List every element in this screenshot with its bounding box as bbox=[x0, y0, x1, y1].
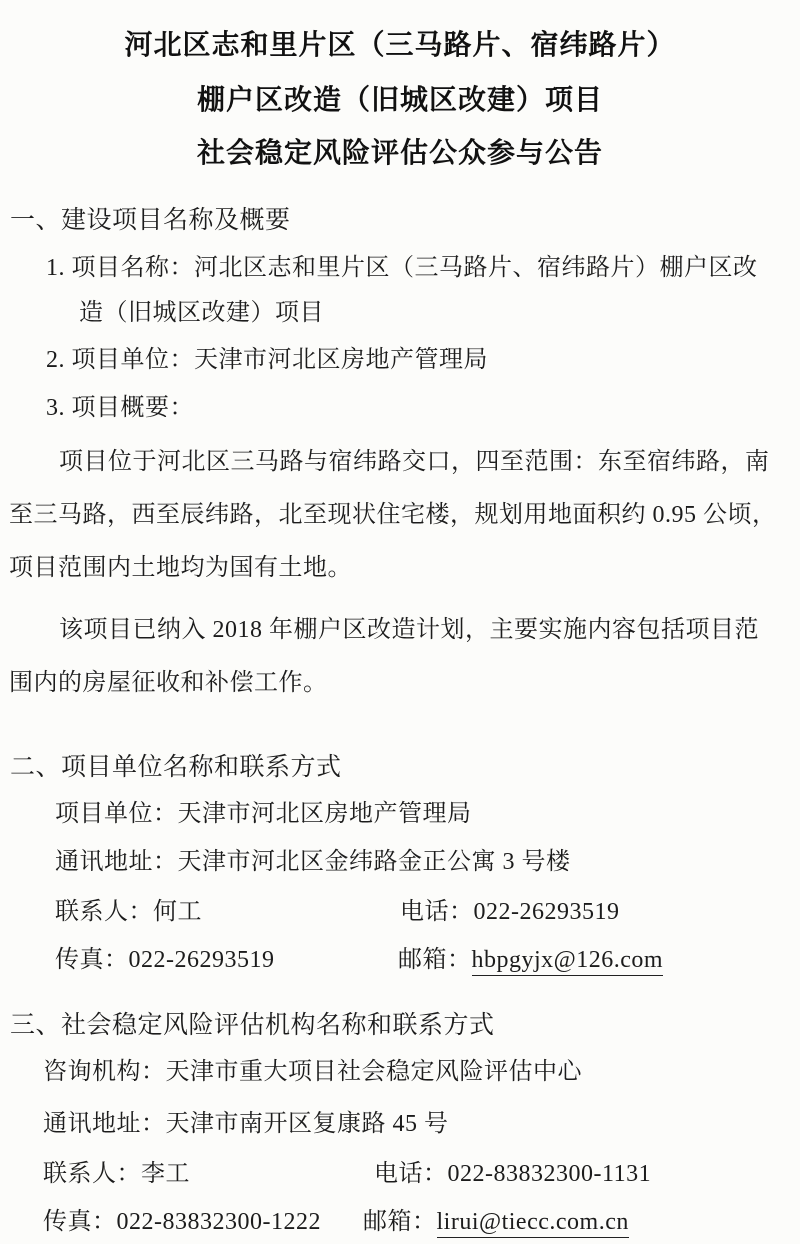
section1-item1-line-2: 造（旧城区改建）项目 bbox=[79, 298, 324, 328]
section3-fax: 传真：022-83832300-1222 bbox=[43, 1207, 321, 1237]
section2-heading: 二、项目单位名称和联系方式 bbox=[10, 752, 342, 783]
document-title-line-3: 社会稳定风险评估公众参与公告 bbox=[0, 136, 800, 171]
section1-para1-line-1: 项目位于河北区三马路与宿纬路交口，四至范围：东至宿纬路，南 bbox=[59, 447, 770, 477]
document-title-line-1: 河北区志和里片区（三马路片、宿纬路片） bbox=[0, 28, 800, 63]
section3-email-row: 邮箱：lirui@tiecc.com.cn bbox=[363, 1207, 629, 1237]
section2-fax: 传真：022-26293519 bbox=[55, 945, 275, 975]
section1-item3: 3. 项目概要： bbox=[46, 393, 194, 423]
section3-agency: 咨询机构：天津市重大项目社会稳定风险评估中心 bbox=[43, 1057, 582, 1087]
section2-email-label: 邮箱： bbox=[398, 947, 472, 973]
section3-heading: 三、社会稳定风险评估机构名称和联系方式 bbox=[10, 1010, 495, 1041]
document-page: 河北区志和里片区（三马路片、宿纬路片） 棚户区改造（旧城区改建）项目 社会稳定风… bbox=[0, 0, 800, 1244]
section1-para1-line-2: 至三马路，西至辰纬路，北至现状住宅楼，规划用地面积约 0.95 公顷， bbox=[9, 500, 777, 530]
section3-contact-person: 联系人：李工 bbox=[43, 1159, 190, 1189]
section2-address: 通讯地址：天津市河北区金纬路金正公寓 3 号楼 bbox=[55, 847, 571, 877]
section2-email-address: hbpgyjx@126.com bbox=[472, 947, 664, 976]
section1-item1-line-1: 1. 项目名称：河北区志和里片区（三马路片、宿纬路片）棚户区改 bbox=[46, 253, 758, 283]
section1-para1-line-3: 项目范围内土地均为国有土地。 bbox=[9, 553, 352, 583]
section1-para2-line-1: 该项目已纳入 2018 年棚户区改造计划，主要实施内容包括项目范 bbox=[59, 615, 759, 645]
section2-unit: 项目单位：天津市河北区房地产管理局 bbox=[55, 799, 472, 829]
section2-email-row: 邮箱：hbpgyjx@126.com bbox=[398, 945, 663, 975]
section3-address: 通讯地址：天津市南开区复康路 45 号 bbox=[43, 1109, 449, 1139]
section2-phone: 电话：022-26293519 bbox=[400, 897, 620, 927]
section3-email-label: 邮箱： bbox=[363, 1209, 437, 1235]
section1-heading: 一、建设项目名称及概要 bbox=[10, 205, 291, 236]
section3-email-address: lirui@tiecc.com.cn bbox=[437, 1209, 629, 1238]
section1-item2: 2. 项目单位：天津市河北区房地产管理局 bbox=[46, 345, 488, 375]
document-title-line-2: 棚户区改造（旧城区改建）项目 bbox=[0, 83, 800, 118]
section3-phone: 电话：022-83832300-1131 bbox=[374, 1159, 651, 1189]
section2-contact-person: 联系人：何工 bbox=[55, 897, 202, 927]
section1-para2-line-2: 围内的房屋征收和补偿工作。 bbox=[9, 668, 328, 698]
